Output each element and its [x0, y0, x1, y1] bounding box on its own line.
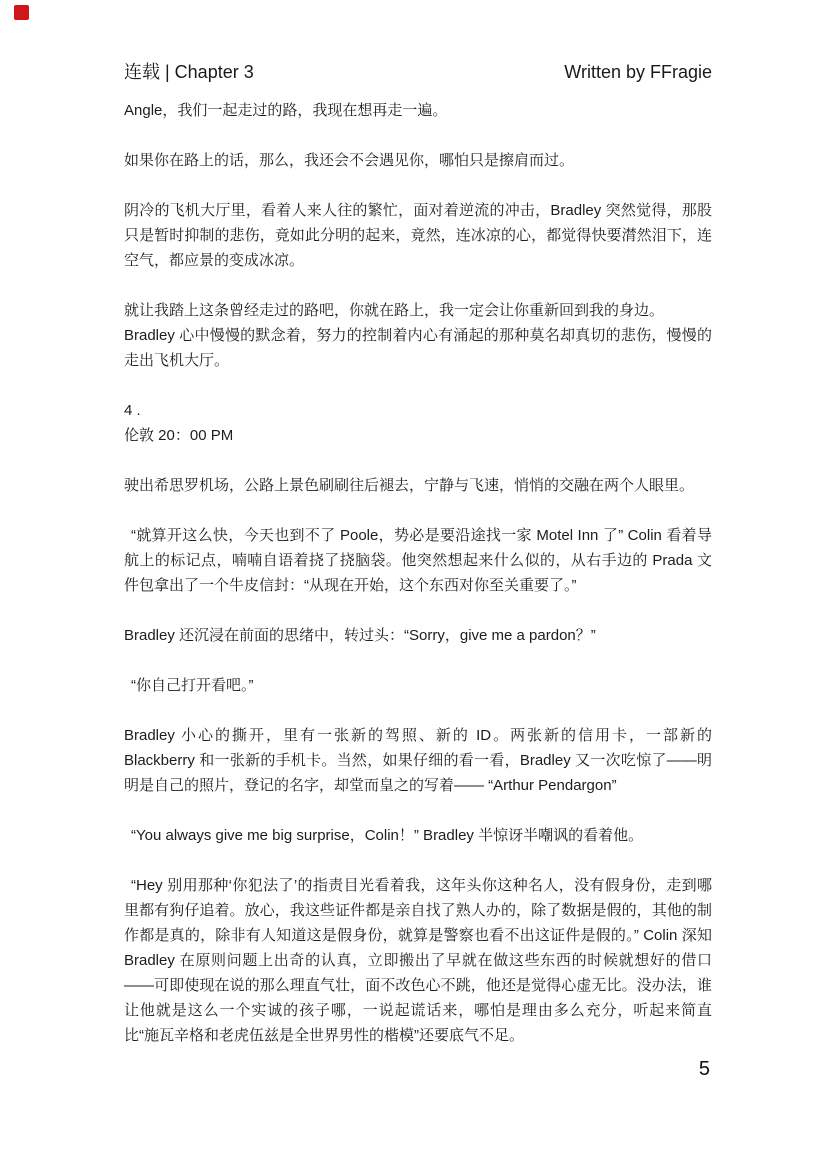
chapter-title: 连载 | Chapter 3: [124, 60, 254, 84]
paragraph: 如果你在路上的话，那么，我还会不会遇见你，哪怕只是擦肩而过。: [124, 148, 712, 173]
document-page: 连载 | Chapter 3 Written by FFragie Angle，…: [0, 0, 826, 1169]
paragraph: “就算开这么快，今天也到不了 Poole，势必是要沿途找一家 Motel Inn…: [124, 523, 712, 598]
paragraph: “You always give me big surprise，Colin！”…: [124, 823, 712, 848]
paragraph: 4 .伦敦 20：00 PM: [124, 398, 712, 448]
page-header: 连载 | Chapter 3 Written by FFragie: [124, 60, 712, 84]
page-number: 5: [699, 1058, 710, 1081]
paragraph: 阴冷的飞机大厅里，看着人来人往的繁忙，面对着逆流的冲击，Bradley 突然觉得…: [124, 198, 712, 273]
paragraph: Bradley 还沉浸在前面的思绪中，转过头：“Sorry，give me a …: [124, 623, 712, 648]
paragraph: “Hey 别用那种‘你犯法了’的指责目光看着我，这年头你这种名人，没有假身份，走…: [124, 873, 712, 1048]
paragraph: 驶出希思罗机场，公路上景色刷刷往后褪去，宁静与飞速，悄悄的交融在两个人眼里。: [124, 473, 712, 498]
paragraph: Angle，我们一起走过的路，我现在想再走一遍。: [124, 98, 712, 123]
paragraph: “你自己打开看吧。”: [124, 673, 712, 698]
red-corner-marker: [14, 5, 29, 20]
content-column: 连载 | Chapter 3 Written by FFragie Angle，…: [124, 60, 712, 1048]
paragraph: Bradley 小心的撕开，里有一张新的驾照、新的 ID。两张新的信用卡，一部新…: [124, 723, 712, 798]
author-credit: Written by FFragie: [564, 60, 712, 84]
page-body: Angle，我们一起走过的路，我现在想再走一遍。如果你在路上的话，那么，我还会不…: [124, 98, 712, 1048]
paragraph: 就让我踏上这条曾经走过的路吧，你就在路上，我一定会让你重新回到我的身边。Brad…: [124, 298, 712, 373]
